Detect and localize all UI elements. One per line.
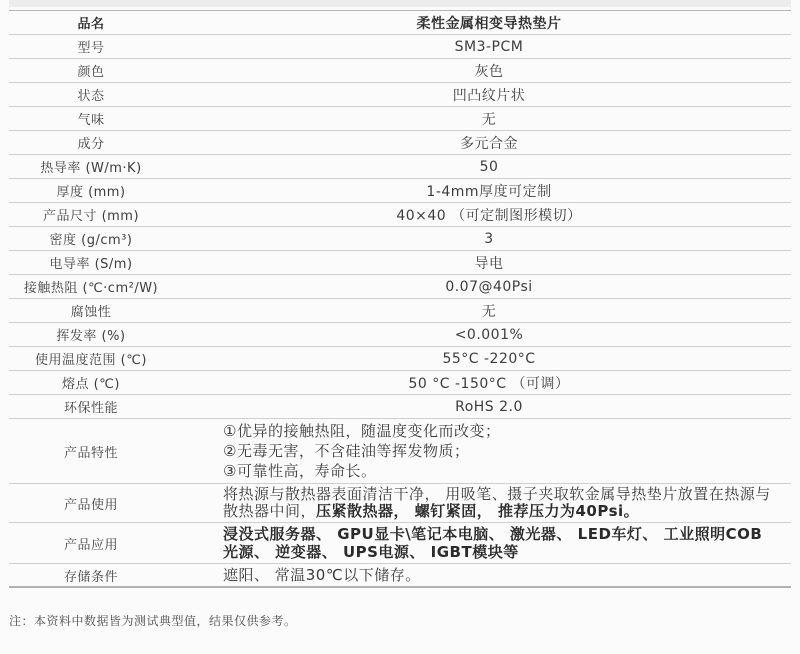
row-value: 3 — [173, 231, 791, 247]
row-label: 热导率 (W/m·K) — [9, 157, 173, 176]
row-label: 产品尺寸 (mm) — [9, 205, 173, 224]
row-label: 挥发率 (%) — [9, 325, 173, 344]
row-value: 多元合金 — [173, 133, 791, 153]
row-value: RoHS 2.0 — [173, 399, 791, 415]
table-row-thermal-conductivity: 热导率 (W/m·K) 50 — [9, 154, 791, 178]
row-value: 50 °C -150°C （可调） — [173, 373, 791, 393]
row-value: 1-4mm厚度可定制 — [173, 181, 791, 201]
table-row-volatility: 挥发率 (%) <0.001% — [9, 322, 791, 346]
row-label: 颜色 — [9, 61, 173, 80]
row-label: 厚度 (mm) — [9, 181, 173, 200]
row-label: 产品使用 — [9, 494, 173, 513]
table-row-state: 状态 凹凸纹片状 — [9, 82, 791, 106]
row-label: 密度 (g/cm³) — [9, 229, 173, 248]
feature-line-3: ③可靠性高，寿命长。 — [223, 461, 771, 481]
product-spec-table: 品名 柔性金属相变导热垫片 型号 SM3-PCM 颜色 灰色 状态 凹凸纹片状 … — [9, 10, 791, 588]
table-row-model: 型号 SM3-PCM — [9, 34, 791, 58]
row-label: 存储条件 — [9, 566, 173, 585]
row-value: 导电 — [173, 253, 791, 273]
usage-text-bold: 压紧散热器， 螺钉紧固， 推荐压力为40Psi。 — [316, 502, 639, 520]
row-value: 将热源与散热器表面清洁干净， 用吸笔、摄子夹取软金属导热垫片放置在热源与散热器中… — [173, 484, 791, 522]
row-value: 灰色 — [173, 61, 791, 81]
row-label: 使用温度范围 (℃) — [9, 349, 173, 368]
row-value: 柔性金属相变导热垫片 — [173, 13, 791, 33]
row-label: 状态 — [9, 85, 173, 104]
table-row-product-name: 品名 柔性金属相变导热垫片 — [9, 10, 791, 34]
table-row-composition: 成分 多元合金 — [9, 130, 791, 154]
row-value: SM3-PCM — [173, 39, 791, 55]
top-divider-strip — [9, 0, 791, 7]
row-value: 凹凸纹片状 — [173, 85, 791, 105]
table-row-dimensions: 产品尺寸 (mm) 40×40 （可定制图形模切） — [9, 202, 791, 226]
table-row-thickness: 厚度 (mm) 1-4mm厚度可定制 — [9, 178, 791, 202]
table-row-features: 产品特性 ①优异的接触热阻，随温度变化而改变； ②无毒无害，不含硅油等挥发物质；… — [9, 418, 791, 483]
row-label: 接触热阻 (℃·cm²/W) — [9, 277, 173, 296]
table-row-odor: 气味 无 — [9, 106, 791, 130]
table-row-environmental: 环保性能 RoHS 2.0 — [9, 394, 791, 418]
row-value: 无 — [173, 109, 791, 129]
table-row-application: 产品应用 浸没式服务器、 GPU显卡\笔记本电脑、 激光器、 LED车灯、 工业… — [9, 522, 791, 563]
row-value: ①优异的接触热阻，随温度变化而改变； ②无毒无害，不含硅油等挥发物质； ③可靠性… — [173, 419, 791, 483]
row-value: 遮阳、 常温30℃以下储存。 — [173, 564, 791, 586]
row-label: 产品特性 — [9, 442, 173, 461]
row-value: 55°C -220°C — [173, 351, 791, 367]
table-row-color: 颜色 灰色 — [9, 58, 791, 82]
feature-line-2: ②无毒无害，不含硅油等挥发物质； — [223, 441, 771, 461]
table-row-electrical-conductivity: 电导率 (S/m) 导电 — [9, 250, 791, 274]
spec-sheet-page: 品名 柔性金属相变导热垫片 型号 SM3-PCM 颜色 灰色 状态 凹凸纹片状 … — [0, 0, 800, 654]
table-row-storage: 存储条件 遮阳、 常温30℃以下储存。 — [9, 563, 791, 586]
table-row-melting-point: 熔点 (℃) 50 °C -150°C （可调） — [9, 370, 791, 394]
row-label: 成分 — [9, 133, 173, 152]
table-row-corrosiveness: 腐蚀性 无 — [9, 298, 791, 322]
row-value: 0.07@40Psi — [173, 279, 791, 295]
table-row-density: 密度 (g/cm³) 3 — [9, 226, 791, 250]
row-value: 浸没式服务器、 GPU显卡\笔记本电脑、 激光器、 LED车灯、 工业照明COB… — [173, 523, 791, 563]
row-value: <0.001% — [173, 327, 791, 343]
feature-line-1: ①优异的接触热阻，随温度变化而改变； — [223, 421, 771, 441]
footnote: 注：本资料中数据皆为测试典型值，结果仅供参考。 — [9, 612, 800, 629]
row-label: 环保性能 — [9, 397, 173, 416]
row-label: 电导率 (S/m) — [9, 253, 173, 272]
row-value: 40×40 （可定制图形模切） — [173, 205, 791, 225]
row-label: 产品应用 — [9, 534, 173, 553]
row-value: 无 — [173, 301, 791, 321]
row-label: 型号 — [9, 37, 173, 56]
table-row-usage: 产品使用 将热源与散热器表面清洁干净， 用吸笔、摄子夹取软金属导热垫片放置在热源… — [9, 483, 791, 522]
row-label: 气味 — [9, 109, 173, 128]
table-row-contact-resistance: 接触热阻 (℃·cm²/W) 0.07@40Psi — [9, 274, 791, 298]
row-label: 熔点 (℃) — [9, 373, 173, 392]
row-value: 50 — [173, 159, 791, 175]
row-label: 品名 — [9, 13, 173, 32]
table-row-operating-temp-range: 使用温度范围 (℃) 55°C -220°C — [9, 346, 791, 370]
row-label: 腐蚀性 — [9, 301, 173, 320]
